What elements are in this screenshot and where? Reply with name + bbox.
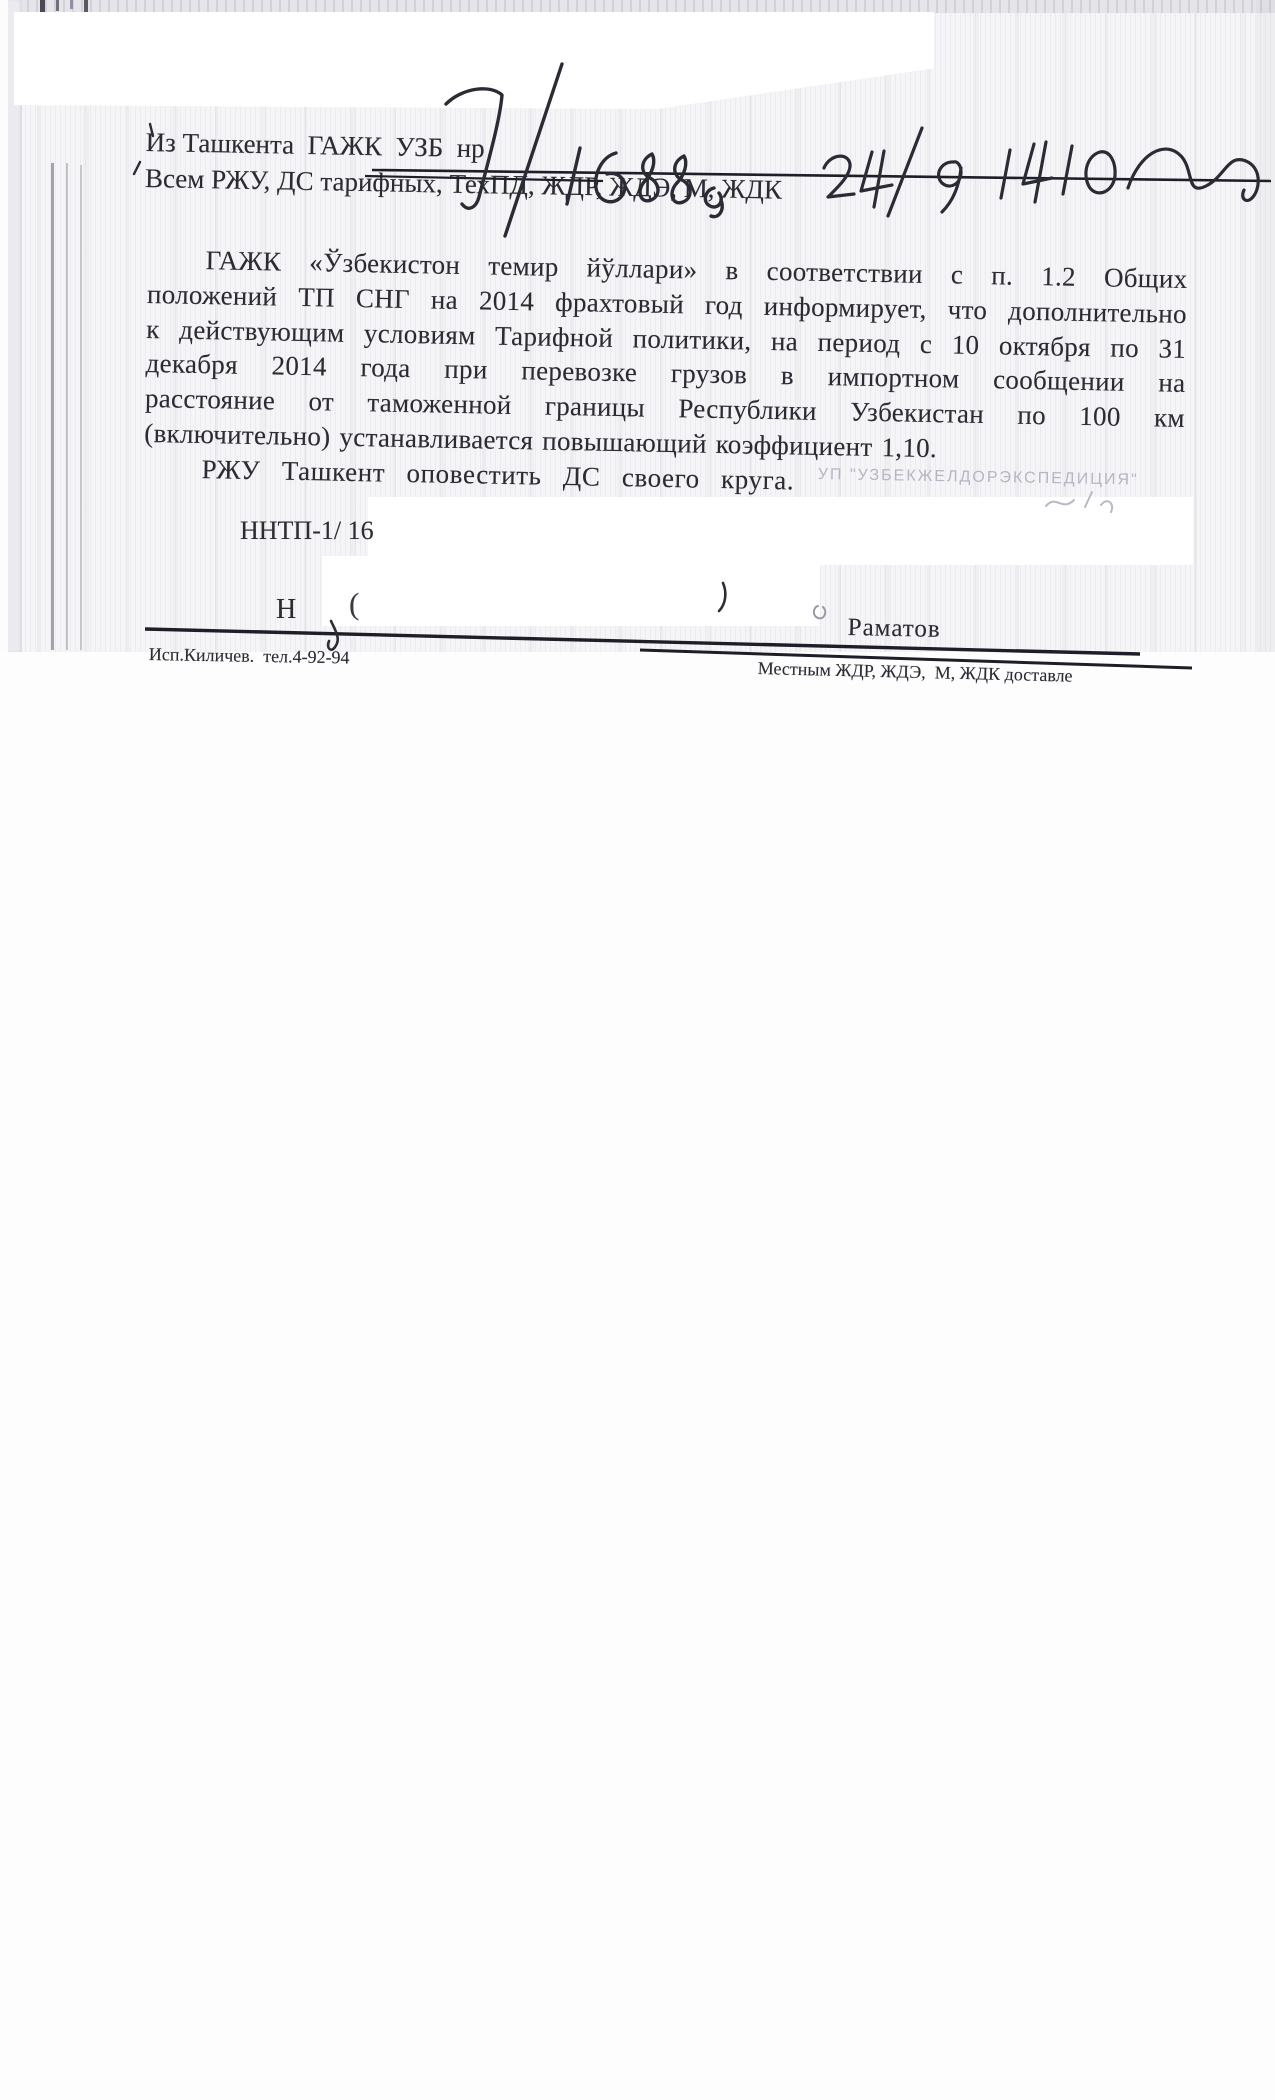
signature-initial: Н <box>276 594 296 626</box>
signature-name: Раматов <box>847 614 941 644</box>
handwritten-time-flourish <box>1001 142 1258 202</box>
scan-artifact-tick <box>56 0 59 11</box>
executor-contact: Исп.Киличев. тел.4-92-94 <box>149 644 350 669</box>
right-edge-band <box>1256 0 1275 652</box>
scan-artifact-tick <box>40 0 45 13</box>
scan-artifact-tick <box>70 0 73 9</box>
telegram-body: ГАЖК «Ўзбекистон темир йўллари» в соотве… <box>143 242 1187 505</box>
scan-top-strip <box>0 0 1275 13</box>
vertical-scan-line <box>66 163 68 650</box>
white-redaction-block-signature <box>322 556 820 626</box>
white-redaction-block-top <box>14 12 934 109</box>
reference-number: ННТП-1/ 16 <box>240 516 374 546</box>
scan-artifact-tick <box>84 0 88 12</box>
signature-fragment: ( <box>349 586 359 622</box>
vertical-scan-line <box>51 163 54 650</box>
delivery-note: Местным ЖДР, ЖДЭ, М, ЖДК доставле <box>757 658 1072 687</box>
scan-texture-region: Из Ташкента ГАЖК УЗБ нр Всем РЖУ, ДС тар… <box>0 0 1275 652</box>
page-left-margin <box>0 0 8 652</box>
white-redaction-block-middle <box>368 497 1193 565</box>
telegram-header: Из Ташкента ГАЖК УЗБ нр Всем РЖУ, ДС тар… <box>145 124 866 209</box>
scanned-telegram-page: Из Ташкента ГАЖК УЗБ нр Всем РЖУ, ДС тар… <box>0 0 1275 2100</box>
vertical-scan-line <box>80 165 82 650</box>
